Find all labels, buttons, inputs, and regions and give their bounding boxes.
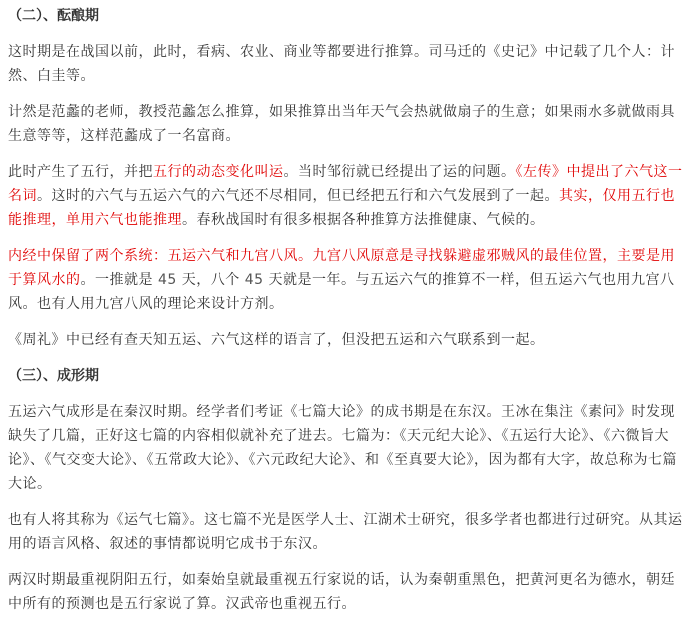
article-body: （二）、酝酿期 这时期是在战国以前，此时，看病、农业、商业等都要进行推算。司马迁… [0,0,693,616]
paragraph-warring-states: 这时期是在战国以前，此时，看病、农业、商业等都要进行推算。司马迁的《史记》中记载… [8,40,685,88]
section-heading-brewing-period: （二）、酝酿期 [8,4,685,28]
paragraph-zhou-li: 《周礼》中已经有查天知五运、六气这样的语言了，但没把五运和六气联系到一起。 [8,328,685,352]
number-value: 45 [158,272,177,288]
text: 。春秋战国时有很多根据各种推算方法推健康、气候的。 [182,212,545,228]
text: 天，八个 [177,272,245,288]
text: 。一推就是 [81,272,158,288]
paragraph-seven-treatises: 五运六气成形是在秦汉时期。经学者们考证《七篇大论》的成书期是在东汉。王冰在集注《… [8,400,685,496]
paragraph-five-phases: 此时产生了五行，并把五行的动态变化叫运。当时邹衍就已经提出了运的问题。《左传》中… [8,160,685,232]
paragraph-fan-li: 计然是范蠡的老师，教授范蠡怎么推算，如果推算出当年天气会热就做扇子的生意；如果雨… [8,100,685,148]
paragraph-nine-palaces: 内经中保留了两个系统：五运六气和九宫八风。九宫八风原意是寻找躲避虚邪贼风的最佳位… [8,244,685,316]
text: 此时产生了五行，并把 [8,164,153,180]
text: 。这时的六气与五运六气的六气还不尽相同，但已经把五行和六气发展到了一起。 [37,188,559,204]
text: 。当时邹衍就已经提出了运的问题。 [284,164,516,180]
highlight-text: 五行的动态变化叫运 [153,164,284,180]
paragraph-han-dynasty: 两汉时期最重视阴阳五行，如秦始皇就最重视五行家说的话，认为秦朝重黑色，把黄河更名… [8,568,685,616]
number-value: 45 [245,272,264,288]
paragraph-yunqi-seven: 也有人将其称为《运气七篇》。这七篇不光是医学人士、江湖术士研究，很多学者也都进行… [8,508,685,556]
section-heading-formation-period: （三）、成形期 [8,364,685,388]
